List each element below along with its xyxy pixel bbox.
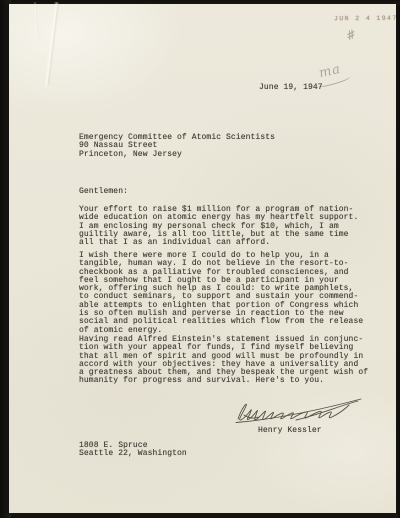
recipient-address-block: Emergency Committee of Atomic Scientists… <box>79 134 275 159</box>
scanned-letter: JUN 2 4 1947 # ma June 19, 1947 Emergenc… <box>0 0 400 518</box>
signature-typed-name: Henry Kessler <box>258 427 322 435</box>
paper-crease <box>34 2 40 42</box>
body-paragraph-3: Having read Alfred Einstein's statement … <box>79 336 368 386</box>
body-paragraph-2: I wish there were more I could do to hel… <box>79 252 363 335</box>
sender-address-block: 1808 E. Spruce Seattle 22, Washington <box>79 442 187 459</box>
paper-crease <box>44 2 60 86</box>
letter-date: June 19, 1947 <box>259 84 323 92</box>
received-date-stamp: JUN 2 4 1947 <box>334 15 398 23</box>
body-paragraph-1: Your effort to raise $1 million for a pr… <box>79 206 358 247</box>
letter-paper: JUN 2 4 1947 # ma June 19, 1947 Emergenc… <box>9 4 396 513</box>
pencil-check-mark: # <box>344 26 357 44</box>
salutation: Gentlemen: <box>79 188 128 196</box>
pencil-initials-note: ma <box>318 62 343 82</box>
handwritten-signature <box>228 393 368 429</box>
